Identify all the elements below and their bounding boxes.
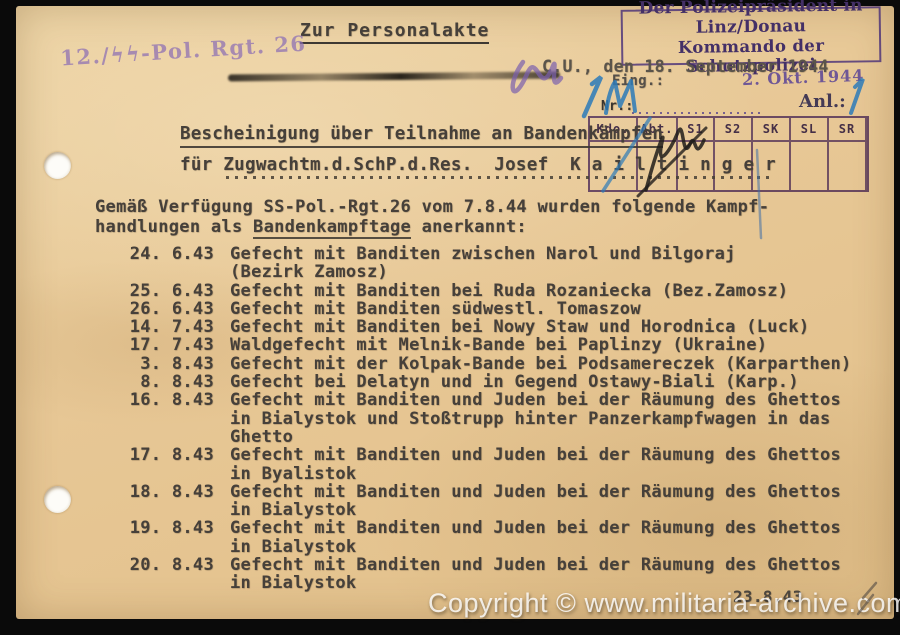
entry-description: Gefecht mit Banditen und Juden bei der R… — [230, 391, 841, 446]
entry-description: Gefecht mit Banditen und Juden bei der R… — [230, 446, 841, 483]
combat-entry-row: 8. 8.43Gefecht bei Delatyn und in Gegend… — [118, 373, 890, 391]
entry-description: Gefecht bei Delatyn und in Gegend Ostawy… — [230, 373, 799, 391]
hole-punch-top — [44, 152, 71, 179]
recipient-line: für Zugwachtm.d.SchP.d.Res. Josef K a i … — [180, 155, 776, 175]
combat-entry-row: 26. 6.43Gefecht mit Banditen südwestl. T… — [118, 300, 890, 318]
entry-description: Waldgefecht mit Melnik-Bande bei Paplinz… — [230, 336, 767, 354]
entry-date: 24. 6.43 — [118, 245, 214, 263]
name-dotted-underline — [226, 176, 771, 179]
routing-grid-header: SK — [753, 118, 791, 142]
entry-date: 16. 8.43 — [118, 391, 214, 409]
entry-date: 14. 7.43 — [118, 318, 214, 336]
intro-line1: Gemäß Verfügung SS-Pol.-Rgt.26 vom 7.8.4… — [95, 197, 769, 217]
combat-entry-row: 14. 7.43Gefecht mit Banditen bei Nowy St… — [118, 318, 890, 336]
entry-description: Gefecht mit Banditen bei Ruda Rozaniecka… — [230, 282, 788, 300]
combat-entry-row: 17. 8.43Gefecht mit Banditen und Juden b… — [118, 446, 890, 483]
entry-date: 3. 8.43 — [118, 355, 214, 373]
hole-punch-bottom — [44, 486, 71, 513]
document-title: Bescheinigung über Teilnahme an Bandenkä… — [180, 124, 663, 148]
routing-grid-cell — [829, 142, 867, 190]
entry-date: 26. 6.43 — [118, 300, 214, 318]
nr-label: Nr.: — [601, 99, 634, 114]
entry-description: Gefecht mit Banditen zwischen Narol und … — [230, 245, 736, 282]
filing-note: Zur Personalakte — [300, 20, 489, 44]
entry-description: Gefecht mit der Kolpak-Bande bei Podsame… — [230, 355, 852, 373]
intro-paragraph: Gemäß Verfügung SS-Pol.-Rgt.26 vom 7.8.4… — [95, 198, 769, 237]
entry-date: 25. 6.43 — [118, 282, 214, 300]
intro-line2-post: anerkannt: — [411, 217, 527, 237]
copyright-watermark: Copyright © www.militaria-archive.com — [428, 588, 900, 619]
attachments-label: Anl.: — [799, 91, 846, 112]
intro-line2-underlined: Bandenkampftage — [253, 217, 411, 239]
entry-date: 8. 8.43 — [118, 373, 214, 391]
combat-entry-row: 19. 8.43Gefecht mit Banditen und Juden b… — [118, 519, 890, 556]
issuer-stamp-line1: Der Polizeipräsident in Linz/Donau — [622, 0, 879, 39]
entry-description: Gefecht mit Banditen bei Nowy Staw und H… — [230, 318, 809, 336]
entry-date: 17. 7.43 — [118, 336, 214, 354]
routing-grid-header: S2 — [715, 118, 753, 142]
combat-entry-row: 3. 8.43Gefecht mit der Kolpak-Bande bei … — [118, 355, 890, 373]
entry-description: Gefecht mit Banditen und Juden bei der R… — [230, 519, 841, 556]
routing-grid-header: S1 — [678, 118, 715, 142]
entry-date: 20. 8.43 — [118, 556, 214, 574]
combat-entry-row: 25. 6.43Gefecht mit Banditen bei Ruda Ro… — [118, 282, 890, 300]
combat-entry-row: 18. 8.43Gefecht mit Banditen und Juden b… — [118, 483, 890, 520]
routing-grid-header: SR — [829, 118, 867, 142]
combat-entry-row: 16. 8.43Gefecht mit Banditen und Juden b… — [118, 391, 890, 446]
entry-date: 17. 8.43 — [118, 446, 214, 464]
combat-entry-row: 17. 7.43Waldgefecht mit Melnik-Bande bei… — [118, 336, 890, 354]
attachments-label-text: Anl.: — [799, 91, 846, 112]
entry-description: Gefecht mit Banditen und Juden bei der R… — [230, 483, 841, 520]
combat-entry-row: 24. 6.43Gefecht mit Banditen zwischen Na… — [118, 245, 890, 282]
intro-line2-pre: handlungen als — [95, 217, 253, 237]
entry-description: Gefecht mit Banditen südwestl. Tomaszow — [230, 300, 641, 318]
dotted-fill-line — [632, 112, 762, 114]
entry-date: 19. 8.43 — [118, 519, 214, 537]
combat-day-entries: 24. 6.43Gefecht mit Banditen zwischen Na… — [118, 245, 890, 593]
routing-grid-cell — [791, 142, 829, 190]
entry-date: 18. 8.43 — [118, 483, 214, 501]
received-label: Eing.: — [612, 73, 664, 89]
routing-grid-header: SL — [791, 118, 829, 142]
